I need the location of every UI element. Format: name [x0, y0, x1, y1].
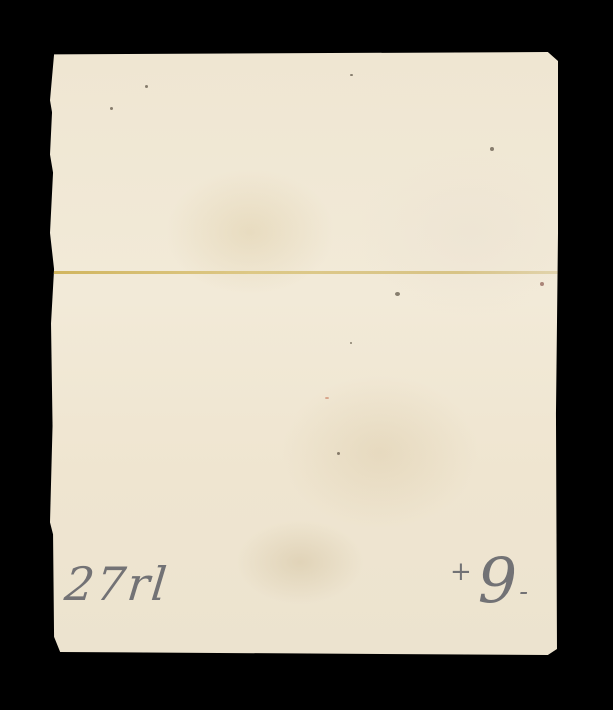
pencil-notation-left: 27rl [62, 557, 171, 611]
paper-speck [325, 397, 329, 399]
paper-speck [490, 147, 494, 151]
plus-mark: + [450, 557, 474, 587]
pencil-notation-right: +9- [450, 544, 530, 617]
paper-speck [337, 452, 340, 455]
paper-speck [540, 282, 544, 286]
paper-speck [110, 107, 113, 110]
paper-speck [395, 292, 400, 296]
paper-speck [350, 74, 353, 76]
pencil-mark: 9 [478, 544, 519, 617]
paper-speck [350, 342, 352, 344]
dash-mark: - [519, 577, 530, 607]
stamp-back: 27rl +9- [50, 52, 558, 655]
horizontal-crease [50, 271, 558, 274]
paper-speck [145, 85, 148, 88]
